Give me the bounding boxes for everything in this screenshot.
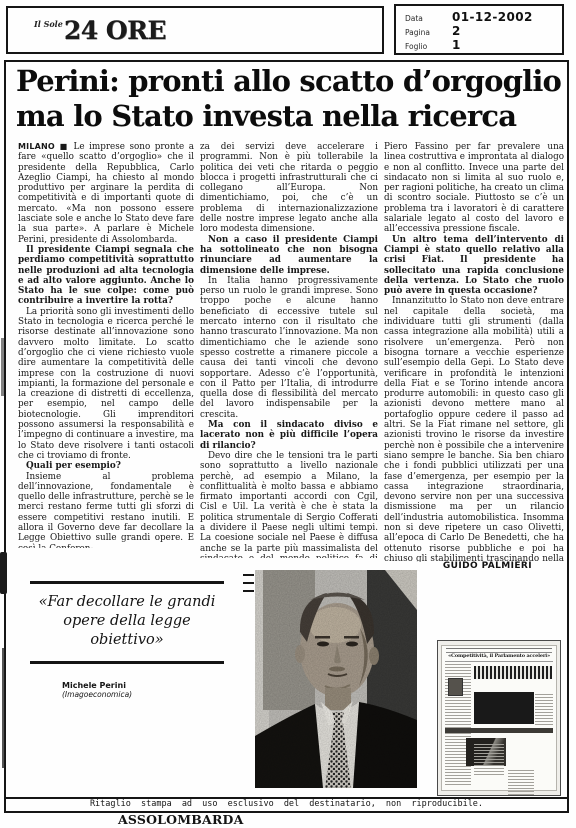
paragraph: Innanzitutto lo Stato non deve entrare n… (384, 296, 564, 562)
interview-question: Quali per esempio? (18, 461, 194, 471)
scan-mark (243, 590, 254, 592)
thumbnail-headline: «Competitività, il Parlamento acceleri» (443, 653, 555, 659)
paragraph: La priorità sono gli investimenti dello … (18, 307, 194, 461)
pull-quote: «Far decollare le grandi opere della leg… (30, 581, 224, 664)
interview-question: Ma con il sindacato diviso e lacerato no… (200, 420, 378, 451)
thumbnail-text-column (474, 744, 504, 776)
paragraph: Devo dire che le tensioni tra le parti s… (200, 451, 378, 558)
interview-question: Non a caso il presidente Ciampi ha sotto… (200, 235, 378, 276)
scan-artifact (2, 648, 5, 768)
thumbnail-chart (474, 666, 552, 679)
info-row-page: Pagina 2 (405, 24, 562, 38)
scan-artifact (0, 552, 7, 594)
scan-artifact (1, 338, 4, 396)
portrait-illustration (255, 570, 417, 788)
article-column-1: MILANO ■ Le imprese sono pronte a fare «… (18, 142, 194, 548)
thumbnail-text-column (535, 694, 553, 726)
organization-name: ASSOLOMBARDA (118, 812, 243, 827)
disclaimer-strip: Ritaglio stampa ad uso esclusivo del des… (4, 797, 569, 813)
clipping-info-box: Data 01-12-2002 Pagina 2 Foglio 1 (394, 4, 564, 55)
info-value-page: 2 (452, 24, 461, 38)
thumbnail-portrait (448, 678, 463, 696)
logo-main-text: 24 ORE (64, 16, 166, 45)
thumbnail-photo (474, 692, 534, 724)
paragraph-text: Le imprese sono pronte a fare «quello sc… (18, 142, 194, 245)
perini-photo (255, 570, 417, 788)
info-row-sheet: Foglio 1 (405, 38, 562, 52)
headline-line-1: Perini: pronti allo scatto d’orgoglio (16, 64, 564, 99)
interview-question: Un altro tema dell’intervento di Ciampi … (384, 235, 564, 297)
info-value-sheet: 1 (452, 38, 461, 52)
dateline: MILANO ■ (18, 142, 69, 151)
paragraph: za dei servizi deve accelerare i program… (200, 142, 378, 235)
caption-credit: (Imagoeconomica) (62, 690, 132, 699)
thumbnail-rule (445, 661, 553, 662)
headline-line-2: ma lo Stato investa nella ricerca (16, 99, 564, 134)
scan-mark (243, 582, 254, 584)
interview-question: Il presidente Ciampi segnala che perdiam… (18, 245, 194, 307)
thumbnail-page: «Competitività, il Parlamento acceleri» (442, 646, 556, 790)
info-value-date: 01-12-2002 (452, 10, 533, 24)
thumbnail-subheadline (445, 728, 553, 733)
scan-mark (243, 574, 254, 576)
masthead-box: Il Sole24 ORE (6, 6, 384, 54)
logo-small-text: Il Sole (34, 19, 63, 29)
caption-name: Michele Perini (62, 681, 132, 690)
info-label: Data (405, 14, 452, 23)
thumbnail-text-column (508, 770, 534, 798)
il-sole-24-ore-logo: Il Sole24 ORE (34, 16, 166, 45)
info-row-data: Data 01-12-2002 (405, 10, 562, 24)
article-column-2: za dei servizi deve accelerare i program… (200, 142, 378, 558)
paragraph: Insieme al problema dell’innovazione, fo… (18, 472, 194, 549)
photo-caption: Michele Perini (Imagoeconomica) (62, 681, 132, 699)
info-label: Foglio (405, 42, 452, 51)
article-column-3: Piero Fassino per far prevalere una line… (384, 142, 564, 562)
newspaper-page-thumbnail: «Competitività, il Parlamento acceleri» (437, 640, 561, 796)
info-label: Pagina (405, 28, 452, 37)
paragraph: MILANO ■ Le imprese sono pronte a fare «… (18, 142, 194, 245)
headline: Perini: pronti allo scatto d’orgoglio ma… (16, 64, 564, 134)
press-clipping-page: Il Sole24 ORE Data 01-12-2002 Pagina 2 F… (0, 0, 576, 828)
paragraph: In Italia hanno progressivamente perso u… (200, 276, 378, 420)
paragraph: Piero Fassino per far prevalere una line… (384, 142, 564, 235)
